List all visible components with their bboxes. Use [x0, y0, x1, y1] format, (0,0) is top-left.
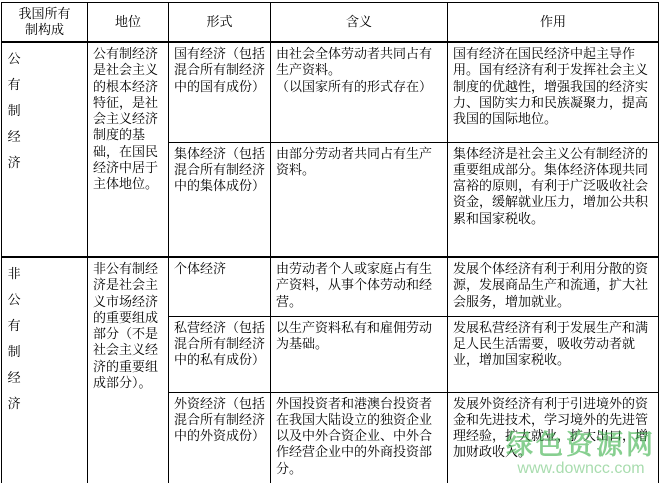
column-header-composition: 我国所有制构成	[2, 3, 88, 43]
column-header-role: 作用	[448, 3, 659, 43]
role-cell-foreign-economy: 发展外资经济有利于引进境外的资金和先进技术，学习境外的先进管理经验，扩大就业，扩…	[448, 392, 659, 483]
meaning-cell-collective-economy: 由部分劳动者共同占有生产资料。	[271, 142, 448, 257]
page: 我国所有制构成 地位 形式 含义 作用 公有制经济 公有制经济是社会主义的根本经…	[0, 0, 659, 483]
form-cell-state-economy: 国有经济（包括混合所有制经济中的国有成份）	[169, 42, 271, 142]
status-cell-public-ownership: 公有制经济是社会主义的根本经济特征，是社会主义经济制度的基础，在国民经济中居于主…	[88, 42, 169, 257]
form-cell-individual-economy: 个体经济	[169, 257, 271, 316]
form-cell-collective-economy: 集体经济（包括混合所有制经济中的集体成份）	[169, 142, 271, 257]
category-label-non-public-ownership: 非公有制经济	[7, 261, 21, 417]
meaning-cell-individual-economy: 由劳动者个人或家庭占有生产资料，从事个体劳动和经营。	[271, 257, 448, 316]
category-label-public-ownership: 公有制经济	[7, 46, 21, 176]
column-header-composition-label: 我国所有制构成	[18, 6, 71, 39]
table-row-individual-economy: 非公有制经济 非公有制经济是社会主义市场经济的重要组成部分（不是社会主义经济的重…	[2, 257, 659, 316]
role-cell-individual-economy: 发展个体经济有利于利用分散的资源，发展商品生产和流通，扩大社会服务，增加就业。	[448, 257, 659, 316]
column-header-form: 形式	[169, 3, 271, 43]
meaning-cell-private-economy: 以生产资料私有和雇佣劳动为基础。	[271, 316, 448, 392]
role-cell-private-economy: 发展私营经济有利于发展生产和满足人民生活需要，吸收劳动者就业，增加国家税收。	[448, 316, 659, 392]
header-row: 我国所有制构成 地位 形式 含义 作用	[2, 3, 659, 43]
role-cell-state-economy: 国有经济在国民经济中起主导作用。国有经济有利于发挥社会主义制度的优越性，增强我国…	[448, 42, 659, 142]
ownership-structure-table: 我国所有制构成 地位 形式 含义 作用 公有制经济 公有制经济是社会主义的根本经…	[1, 2, 659, 483]
status-cell-non-public-ownership: 非公有制经济是社会主义市场经济的重要组成部分（不是社会主义经济的重要组成部分）。	[88, 257, 169, 483]
meaning-cell-state-economy: 由社会全体劳动者共同占有生产资料。 （以国家所有的形式存在）	[271, 42, 448, 142]
role-cell-collective-economy: 集体经济是社会主义公有制经济的重要组成部分。集体经济体现共同富裕的原则，有利于广…	[448, 142, 659, 257]
category-cell-public-ownership: 公有制经济	[2, 42, 88, 257]
column-header-meaning: 含义	[271, 3, 448, 43]
column-header-status: 地位	[88, 3, 169, 43]
category-cell-non-public-ownership: 非公有制经济	[2, 257, 88, 483]
table-row-state-economy: 公有制经济 公有制经济是社会主义的根本经济特征，是社会主义经济制度的基础，在国民…	[2, 42, 659, 142]
form-cell-private-economy: 私营经济（包括混合所有制经济中的私有成份）	[169, 316, 271, 392]
meaning-cell-foreign-economy: 外国投资者和港澳台投资者在我国大陆设立的独资企业以及中外合资企业、中外合作经营企…	[271, 392, 448, 483]
form-cell-foreign-economy: 外资经济（包括混合所有制经济中的外资成份）	[169, 392, 271, 483]
